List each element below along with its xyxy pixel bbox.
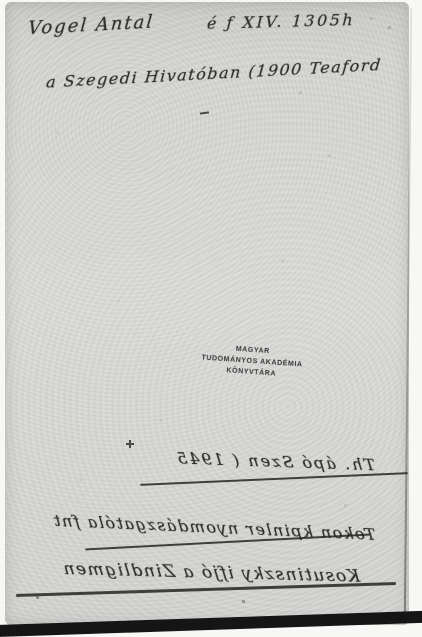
photo-scan: Vogel Antal é ƒ XIV. 1305h a Szegedi Hiv… bbox=[0, 0, 422, 637]
inscription-catalog-number: é ƒ XIV. 1305h bbox=[207, 10, 356, 33]
paper-specks bbox=[0, 0, 1, 1]
ink-cross-mark bbox=[126, 440, 134, 448]
